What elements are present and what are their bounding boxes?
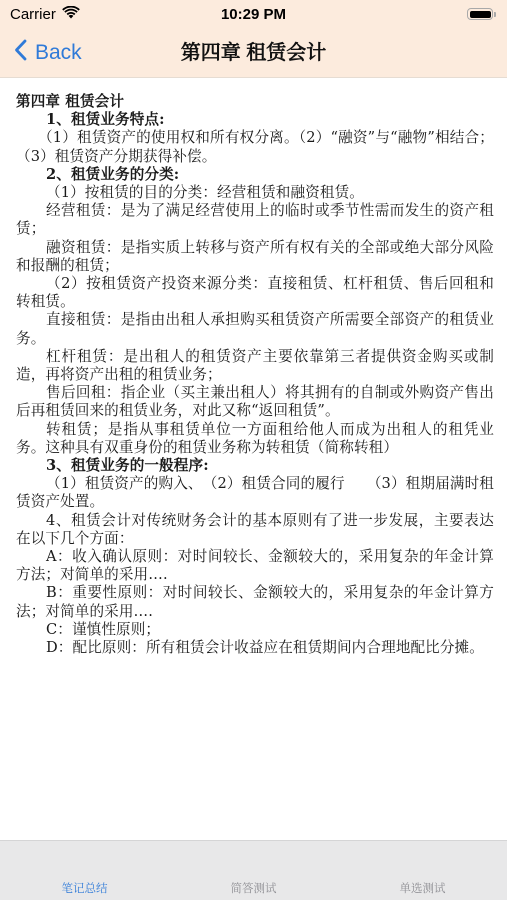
paragraph: （1）租赁资产的购入、 （2）租赁合同的履行 （3）租期届满时租赁资产处置。: [16, 475, 494, 511]
section-heading: 2、租赁业务的分类:: [16, 166, 494, 184]
paragraph: 经营租赁：是为了满足经营使用上的临时或季节性需而发生的资产租赁；: [16, 202, 494, 238]
section-heading: 3、租赁业务的一般程序:: [16, 457, 494, 475]
paragraph: 直接租赁：是指由出租人承担购买租赁资产所需要全部资产的租赁业务。: [16, 311, 494, 347]
tab-label: 简答测试: [231, 880, 277, 896]
status-bar: Carrier 10:29 PM: [0, 0, 507, 28]
paragraph: （1）按租赁的目的分类：经营租赁和融资租赁。: [16, 184, 494, 202]
wifi-icon: [62, 6, 80, 23]
tab-single-choice-test[interactable]: 单选测试: [338, 841, 507, 900]
paragraph: A：收入确认原则：对时间较长、金额较大的，采用复杂的年金计算方法；对简单的采用……: [16, 548, 494, 584]
paragraph: B：重要性原则：对时间较长、金额较大的，采用复杂的年金计算方法；对简单的采用….: [16, 584, 494, 620]
carrier-label: Carrier: [10, 6, 56, 23]
chevron-left-icon: [14, 39, 27, 67]
chapter-title: 第四章 租赁会计: [16, 93, 494, 111]
paragraph: 融资租赁：是指实质上转移与资产所有权有关的全部或绝大部分风险和报酬的租赁；: [16, 239, 494, 275]
tab-short-answer-test[interactable]: 简答测试: [169, 841, 338, 900]
section-heading: 1、租赁业务特点:: [16, 111, 494, 129]
paragraph: 售后回租：指企业（买主兼出租人）将其拥有的自制或外购资产售出后再租赁回来的租赁业…: [16, 384, 494, 420]
navigation-bar: Back 第四章 租赁会计: [0, 28, 507, 78]
paragraph: C：谨慎性原则；: [16, 621, 494, 639]
notes-content: 第四章 租赁会计 1、租赁业务特点: （1）租赁资产的使用权和所有权分离。（2）…: [16, 93, 494, 657]
paragraph: 转租赁；是指从事租赁单位一方面租给他人而成为出租人的租凭业务。这种具有双重身份的…: [16, 421, 494, 457]
back-button[interactable]: Back: [14, 36, 82, 70]
paragraph: 杠杆租赁：是出租人的租赁资产主要依靠第三者提供资金购买或制造，再将资产出租的租赁…: [16, 348, 494, 384]
tab-label: 单选测试: [400, 880, 446, 896]
paragraph: 4、租赁会计对传统财务会计的基本原则有了进一步发展，主要表达在以下几个方面：: [16, 512, 494, 548]
tab-bar: 笔记总结 简答测试 单选测试: [0, 840, 507, 900]
paragraph: （1）租赁资产的使用权和所有权分离。（2）“融资”与“融物”相结合；（3）租赁资…: [16, 129, 494, 165]
status-left: Carrier: [10, 6, 80, 23]
paragraph: D：配比原则：所有租赁会计收益应在租赁期间内合理地配比分摊。: [16, 639, 494, 657]
back-label: Back: [35, 41, 82, 65]
tab-notes-summary[interactable]: 笔记总结: [0, 841, 169, 900]
tab-label: 笔记总结: [62, 880, 108, 896]
battery-full-icon: [467, 8, 493, 20]
paragraph: （2）按租赁资产投资来源分类：直接租赁、杠杆租赁、售后回租和转租赁。: [16, 275, 494, 311]
